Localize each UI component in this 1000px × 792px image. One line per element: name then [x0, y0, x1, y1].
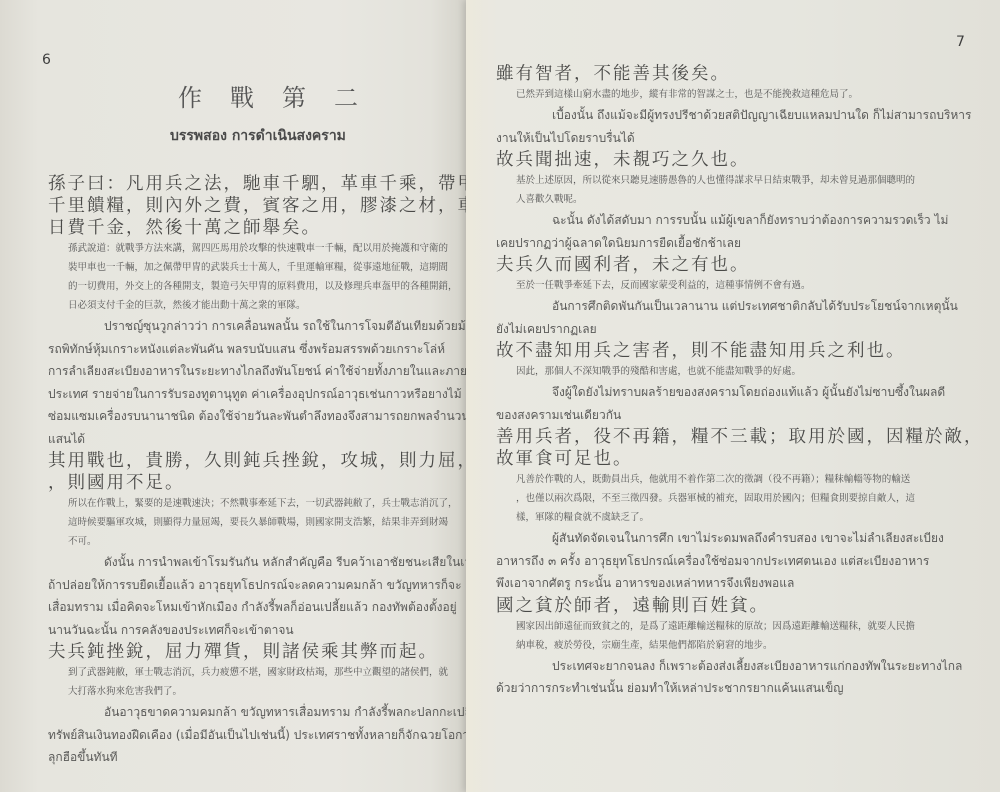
chinese-commentary-line: 國家因出師遠征而致貧之的，是爲了遠距離輸送糧秣的原故；因爲遠距離輸送糧秣，就要人…	[516, 617, 976, 636]
thai-translation-block: ปราชญ์ซุนวูกล่าวว่า การเคลื่อนพลนั้น รถใ…	[48, 315, 478, 450]
page-number-left: 6	[42, 52, 51, 68]
chinese-commentary-line: 到了武器鈍敝，軍士戰志消沉，兵力疲憊不堪，國家財政枯竭，那些中立觀望的諸侯們，就	[68, 663, 478, 682]
thai-translation-line: ทรัพย์สินเงินทองฝืดเคือง (เมื่อมีอันเป็น…	[48, 724, 478, 747]
chinese-commentary-line: 這時候要驅軍攻城，則顯得力量屈竭，要長久暴師戰場，則國家開支浩繁，結果非弄到財竭	[68, 513, 478, 532]
chinese-source-text-line: 日費千金，然後十萬之師舉矣。	[48, 217, 478, 239]
chinese-source-text-block: 雖有智者，不能善其後矣。	[496, 63, 976, 85]
thai-translation-line: ยังไม่เคยปรากฏเลย	[496, 318, 976, 341]
chinese-commentary-block: 已然弄到這樣山窮水盡的地步，縱有非常的智謀之士，也是不能挽救這種危局了。	[496, 85, 976, 104]
thai-translation-line: งานให้เป็นไปโดยราบรื่นได้	[496, 127, 976, 150]
thai-translation-block: จึงผู้ใดยังไม่ทราบผลร้ายของสงครามโดยถ่อง…	[496, 381, 976, 426]
chinese-commentary-line: 不可。	[68, 532, 478, 551]
chinese-commentary-line: 所以在作戰上，緊要的是速戰速決；不然戰事牽延下去，一切武器鈍敝了，兵士戰志消沉了…	[68, 494, 478, 513]
chinese-source-text-block: 孫子曰：凡用兵之法，馳車千駟，革車千乘，帶甲十萬，千里饋糧，則內外之費，賓客之用…	[48, 173, 478, 239]
thai-translation-line: ด้วยว่าการกระทำเช่นนั้น ย่อมทำให้เหล่าปร…	[496, 677, 976, 700]
thai-translation-line: นานวันฉะนั้น การคลังของประเทศก็จะเข้าตาจ…	[48, 619, 478, 642]
chinese-commentary-line: ，也僅以兩次爲限，不至三徵四發。兵器軍械的補充，固取用於國內；但糧食則要掠自敵人…	[516, 489, 976, 508]
chinese-source-text-block: 故不盡知用兵之害者，則不能盡知用兵之利也。	[496, 340, 976, 362]
chinese-commentary-block: 因此，那個人不深知戰爭的殘酷和害處，也就不能盡知戰爭的好處。	[496, 362, 976, 381]
chinese-source-text-block: 國之貧於師者，遠輸則百姓貧。	[496, 595, 976, 617]
thai-translation-line: ถ้าปล่อยให้การรบยืดเยื้อแล้ว อาวุธยุทโธป…	[48, 574, 478, 597]
thai-translation-line: เสื่อมทราม เมื่อคิดจะโหมเข้าหักเมือง กำล…	[48, 596, 478, 619]
chinese-commentary-block: 凡善於作戰的人，既動員出兵，他就用不着作第二次的徵調（役不再籍）；糧秣輸輜等物的…	[496, 470, 976, 527]
thai-translation-line: พึงเอาจากศัตรู กระนั้น อาหารของเหล่าทหาร…	[496, 572, 976, 595]
thai-translation-line: ปราชญ์ซุนวูกล่าวว่า การเคลื่อนพลนั้น รถใ…	[48, 315, 478, 338]
chinese-commentary-line: 孫武說道：就戰爭方法來講，駕四匹馬用於攻擊的快速戰車一千輛，配以用於掩護和守衛的	[68, 239, 478, 258]
chinese-commentary-block: 所以在作戰上，緊要的是速戰速決；不然戰事牽延下去，一切武器鈍敝了，兵士戰志消沉了…	[48, 494, 478, 551]
thai-translation-line: ประเทศ รายจ่ายในการรับรองทูตานุทูต ค่าเค…	[48, 383, 478, 406]
chinese-commentary-line: 至於一任戰爭牽延下去，反而國家蒙受利益的，這種事情例不會有過。	[516, 276, 976, 295]
chinese-commentary-line: 日必須支付千金的巨款，然後才能出動十萬之衆的軍隊。	[68, 296, 478, 315]
right-page: 7 雖有智者，不能善其後矣。已然弄到這樣山窮水盡的地步，縱有非常的智謀之士，也是…	[466, 0, 1000, 792]
chinese-source-text-line: 雖有智者，不能善其後矣。	[496, 63, 976, 85]
chinese-commentary-line: 因此，那個人不深知戰爭的殘酷和害處，也就不能盡知戰爭的好處。	[516, 362, 976, 381]
chinese-commentary-block: 孫武說道：就戰爭方法來講，駕四匹馬用於攻擊的快速戰車一千輛，配以用於掩護和守衛的…	[48, 239, 478, 315]
thai-translation-line: การลำเลียงสะเบียงอาหารในระยะทางไกลถึงพัน…	[48, 360, 478, 383]
chinese-source-text-block: 善用兵者，役不再籍，糧不三載；取用於國，因糧於敵，故軍食可足也。	[496, 426, 976, 470]
thai-translation-line: ฉะนั้น ดังได้สดับมา การรบนั้น แม้ผู้เขลา…	[496, 209, 976, 232]
chinese-commentary-line: 基於上述原因，所以從來只聽見速勝愚魯的人也懂得謀求早日結束戰爭，却未曾見過那個聰…	[516, 171, 976, 190]
chinese-commentary-line: 的一切費用，外交上的各種開支，製造弓矢甲冑的原料費用，以及修理兵車盔甲的各種開銷…	[68, 277, 478, 296]
right-page-content: 雖有智者，不能善其後矣。已然弄到這樣山窮水盡的地步，縱有非常的智謀之士，也是不能…	[496, 63, 976, 700]
thai-translation-line: เคยปรากฏว่าผู้ฉลาดใดนิยมการยืดเยื้อชักช้…	[496, 232, 976, 255]
thai-translation-line: จึงผู้ใดยังไม่ทราบผลร้ายของสงครามโดยถ่อง…	[496, 381, 976, 404]
chinese-source-text-line: 千里饋糧，則內外之費，賓客之用，膠漆之材，車甲之奉，	[48, 195, 478, 217]
thai-translation-line: ลุกฮือขึ้นทันที	[48, 746, 478, 769]
thai-translation-block: อันการศึกติดพันกันเป็นเวลานาน แต่ประเทศช…	[496, 295, 976, 340]
chinese-source-text-line: 善用兵者，役不再籍，糧不三載；取用於國，因糧於敵，	[496, 426, 976, 448]
thai-translation-line: ผู้สันทัดจัดเจนในการศึก เขาไม่ระดมพลถึงค…	[496, 527, 976, 550]
thai-translation-block: ดังนั้น การนำพลเข้าโรมรันกัน หลักสำคัญคื…	[48, 551, 478, 641]
chinese-source-text-block: 夫兵久而國利者，未之有也。	[496, 254, 976, 276]
chinese-source-text-line: 其用戰也，貴勝，久則鈍兵挫銳，攻城，則力屈，久暴師	[48, 450, 478, 472]
thai-translation-line: ประเทศจะยากจนลง ก็เพราะต้องส่งเลี้ยงสะเบ…	[496, 655, 976, 678]
chapter-title-chinese: 作戰第二	[178, 78, 386, 113]
chinese-commentary-line: 凡善於作戰的人，既動員出兵，他就用不着作第二次的徵調（役不再籍）；糧秣輸輜等物的…	[516, 470, 976, 489]
chinese-source-text-line: 國之貧於師者，遠輸則百姓貧。	[496, 595, 976, 617]
chinese-source-text-block: 故兵聞拙速，未覩巧之久也。	[496, 149, 976, 171]
chinese-commentary-line: 樣，軍隊的糧食就不虞缺乏了。	[516, 508, 976, 527]
thai-translation-line: อันอาวุธขาดความคมกล้า ขวัญทหารเสื่อมทราม…	[48, 701, 478, 724]
thai-translation-line: เบื้องนั้น ถึงแม้จะมีผู้ทรงปรีชาด้วยสติป…	[496, 104, 976, 127]
thai-translation-block: ประเทศจะยากจนลง ก็เพราะต้องส่งเลี้ยงสะเบ…	[496, 655, 976, 700]
chinese-source-text-line: 故不盡知用兵之害者，則不能盡知用兵之利也。	[496, 340, 976, 362]
thai-translation-line: รถพิทักษ์หุ้มเกราะหนังแต่ละพันคัน พลรบนั…	[48, 338, 478, 361]
chinese-commentary-line: 大打落水狗來危害我們了。	[68, 682, 478, 701]
chinese-commentary-block: 基於上述原因，所以從來只聽見速勝愚魯的人也懂得謀求早日結束戰爭，却未曾見過那個聰…	[496, 171, 976, 209]
chinese-source-text-line: 故軍食可足也。	[496, 448, 976, 470]
chinese-source-text-line: 孫子曰：凡用兵之法，馳車千駟，革車千乘，帶甲十萬，	[48, 173, 478, 195]
chapter-title-thai: บรรพสอง การดำเนินสงคราม	[170, 125, 346, 147]
chinese-source-text-line: 夫兵鈍挫銳，屈力殫貨，則諸侯乘其弊而起。	[48, 641, 478, 663]
chinese-commentary-line: 裝甲車也一千輛，加之佩帶甲冑的武裝兵士十萬人，千里運輸軍糧，從事遠地征戰，這期間	[68, 258, 478, 277]
chinese-commentary-block: 到了武器鈍敝，軍士戰志消沉，兵力疲憊不堪，國家財政枯竭，那些中立觀望的諸侯們，就…	[48, 663, 478, 701]
thai-translation-line: ซ่อมแซมเครื่องรบนานาชนิด ต้องใช้จ่ายวันล…	[48, 405, 478, 428]
chinese-source-text-line: 故兵聞拙速，未覩巧之久也。	[496, 149, 976, 171]
chinese-commentary-line: 納車稅，疲於勞役，宗廟生產，結果他們都陷於窮窘的地步。	[516, 636, 976, 655]
left-page: 6 作戰第二 บรรพสอง การดำเนินสงคราม 孫子曰：凡用兵之法…	[0, 0, 478, 792]
thai-translation-line: อาหารถึง ๓ ครั้ง อาวุธยุทโธปกรณ์เครื่องใ…	[496, 550, 976, 573]
chinese-source-text-line: ，則國用不足。	[48, 472, 478, 494]
thai-translation-block: อันอาวุธขาดความคมกล้า ขวัญทหารเสื่อมทราม…	[48, 701, 478, 769]
page-number-right: 7	[956, 34, 965, 50]
thai-translation-block: เบื้องนั้น ถึงแม้จะมีผู้ทรงปรีชาด้วยสติป…	[496, 104, 976, 149]
thai-translation-block: ฉะนั้น ดังได้สดับมา การรบนั้น แม้ผู้เขลา…	[496, 209, 976, 254]
chinese-commentary-line: 已然弄到這樣山窮水盡的地步，縱有非常的智謀之士，也是不能挽救這種危局了。	[516, 85, 976, 104]
chinese-source-text-block: 其用戰也，貴勝，久則鈍兵挫銳，攻城，則力屈，久暴師，則國用不足。	[48, 450, 478, 494]
chinese-source-text-block: 夫兵鈍挫銳，屈力殫貨，則諸侯乘其弊而起。	[48, 641, 478, 663]
chinese-commentary-block: 國家因出師遠征而致貧之的，是爲了遠距離輸送糧秣的原故；因爲遠距離輸送糧秣，就要人…	[496, 617, 976, 655]
chinese-commentary-line: 人喜歡久戰呢。	[516, 190, 976, 209]
chinese-source-text-line: 夫兵久而國利者，未之有也。	[496, 254, 976, 276]
thai-translation-line: แสนได้	[48, 428, 478, 451]
thai-translation-line: ดังนั้น การนำพลเข้าโรมรันกัน หลักสำคัญคื…	[48, 551, 478, 574]
chinese-commentary-block: 至於一任戰爭牽延下去，反而國家蒙受利益的，這種事情例不會有過。	[496, 276, 976, 295]
thai-translation-line: ของสงครามเช่นเดียวกัน	[496, 404, 976, 427]
left-page-content: 孫子曰：凡用兵之法，馳車千駟，革車千乘，帶甲十萬，千里饋糧，則內外之費，賓客之用…	[48, 173, 478, 769]
thai-translation-block: ผู้สันทัดจัดเจนในการศึก เขาไม่ระดมพลถึงค…	[496, 527, 976, 595]
thai-translation-line: อันการศึกติดพันกันเป็นเวลานาน แต่ประเทศช…	[496, 295, 976, 318]
